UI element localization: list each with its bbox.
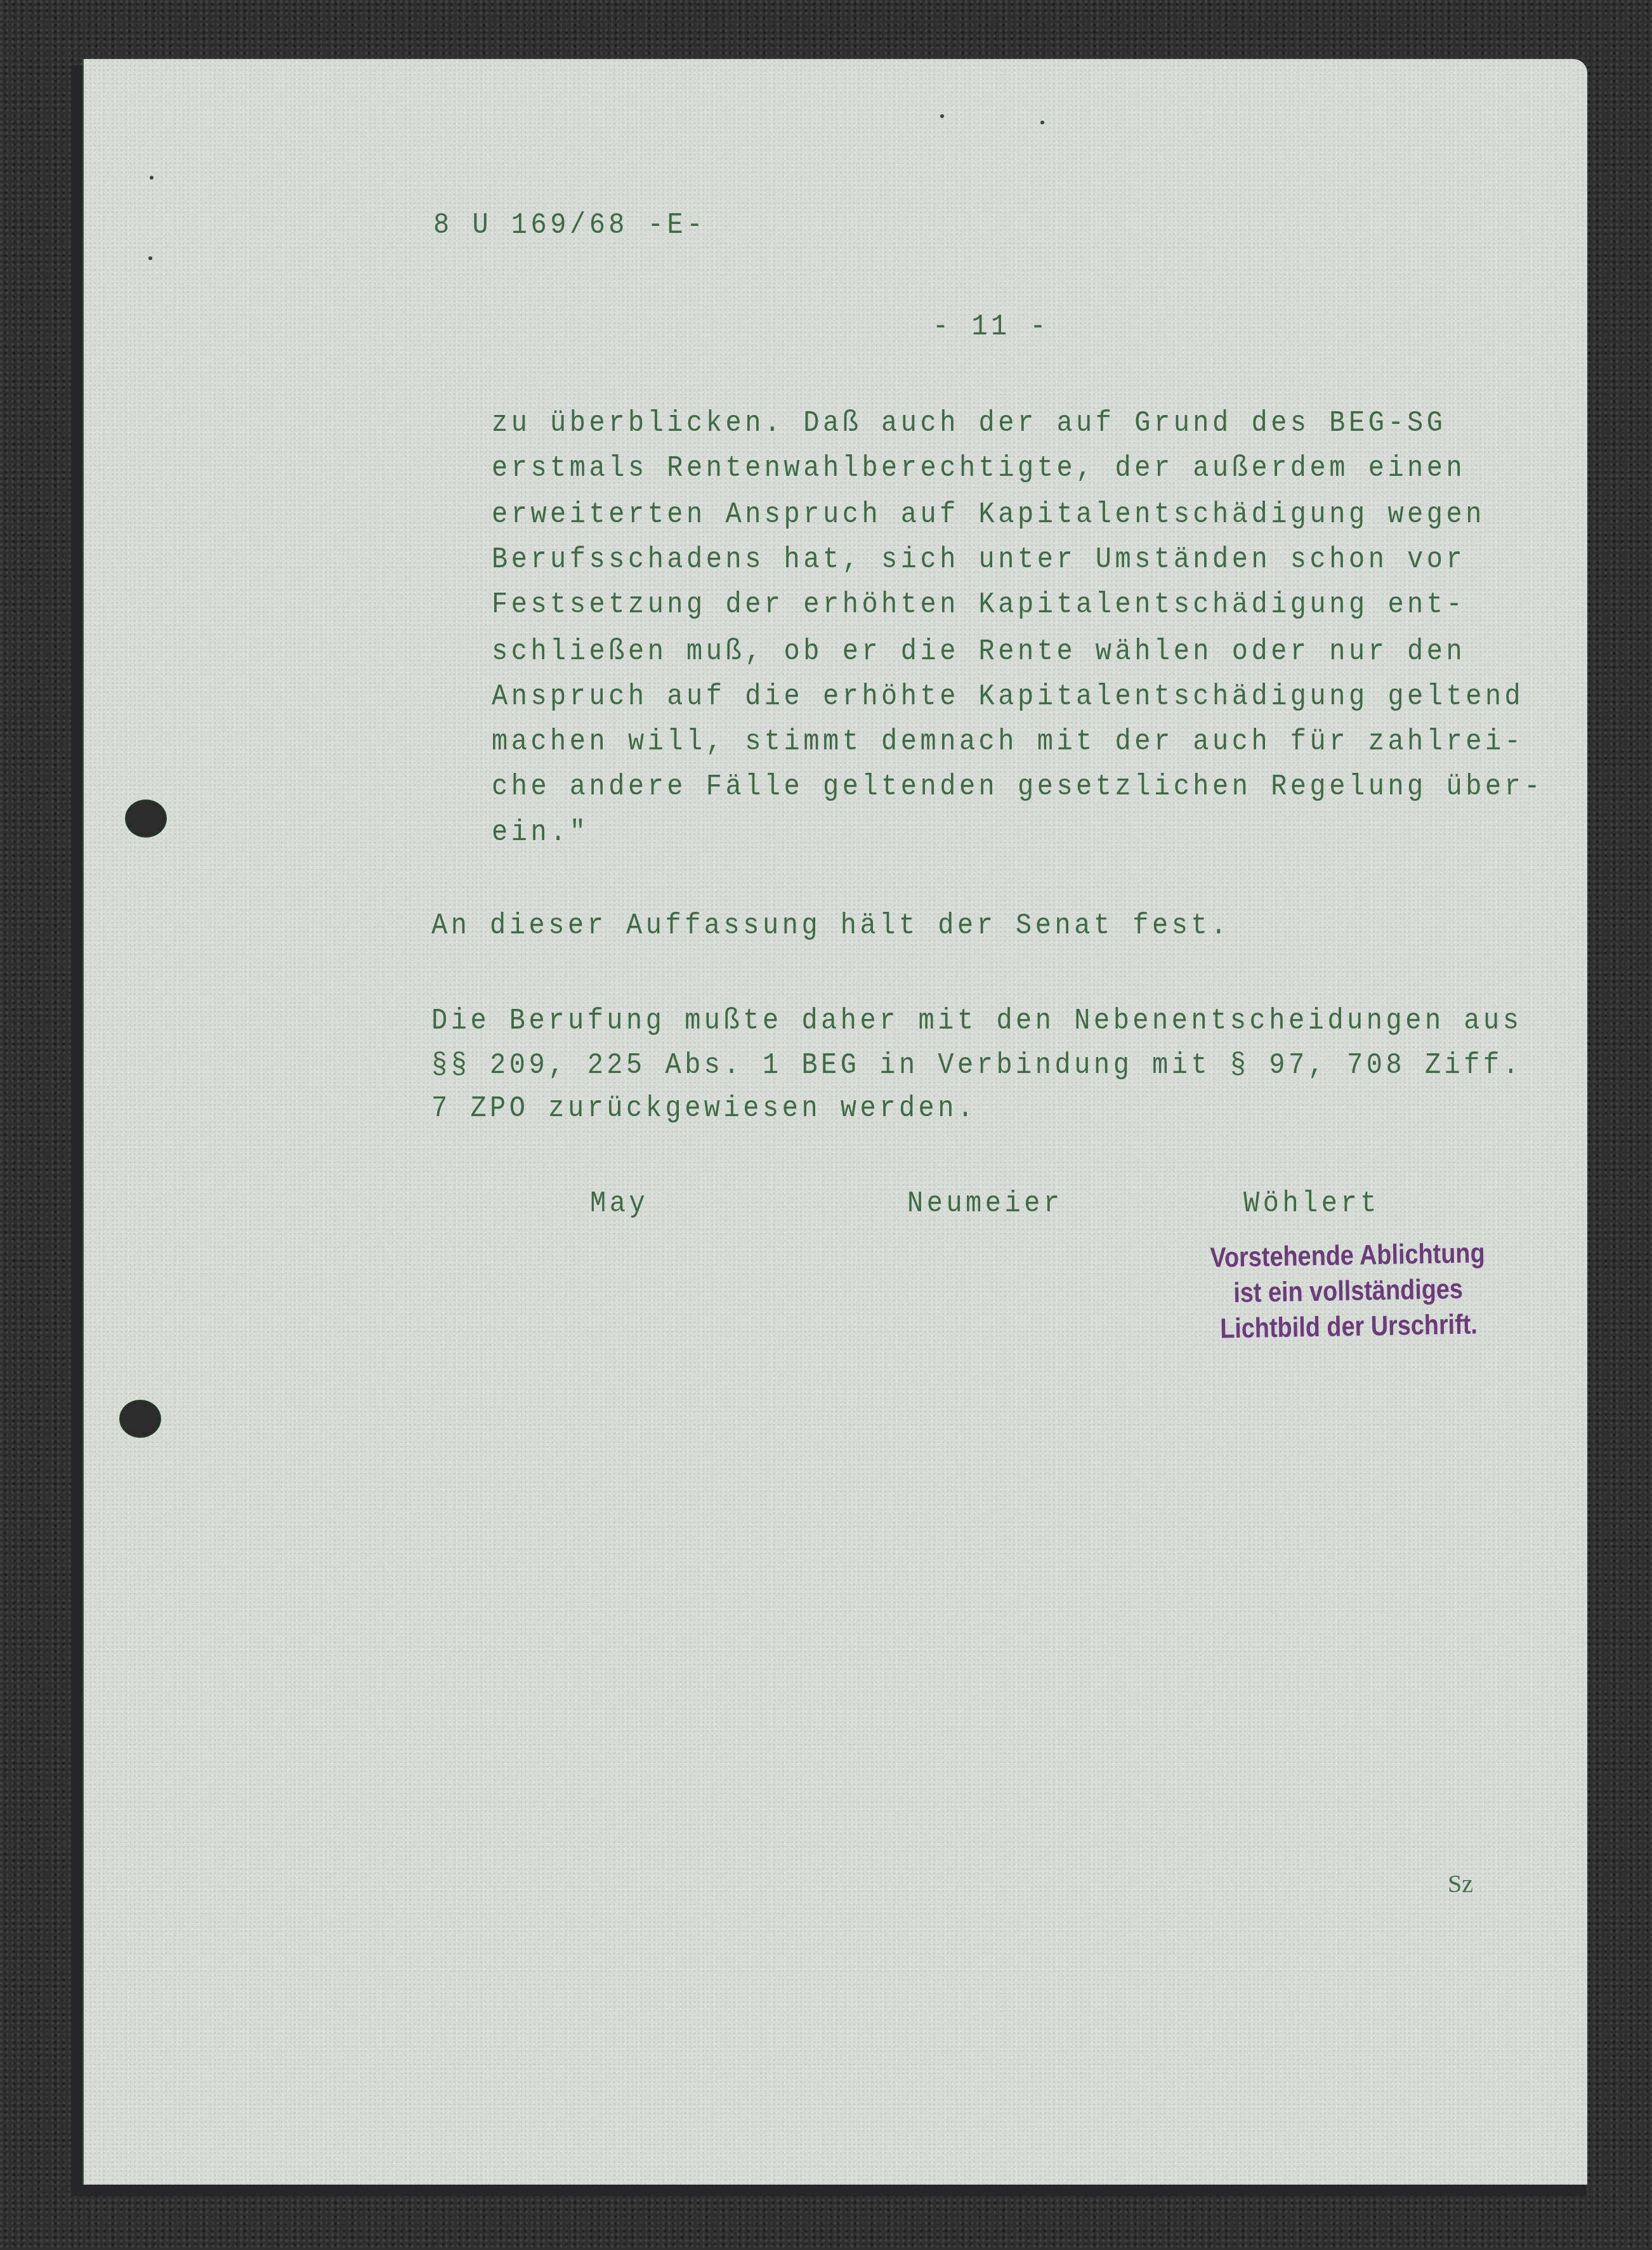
stamp-line: ist ein vollständiges bbox=[1206, 1271, 1490, 1312]
quote-line: Berufsschadens hat, sich unter Umständen… bbox=[492, 543, 1465, 577]
stamp-line: Lichtbild der Urschrift. bbox=[1207, 1306, 1491, 1347]
punch-hole-upper bbox=[126, 801, 166, 836]
speck bbox=[940, 114, 944, 118]
quote-line: erstmals Rentenwahlberechtigte, der auße… bbox=[492, 451, 1465, 485]
punch-hole-lower bbox=[121, 1401, 160, 1437]
signature-neumeier: Neumeier bbox=[907, 1187, 1063, 1221]
signature-wohlert: Wöhlert bbox=[1243, 1187, 1380, 1221]
ruling-line: Die Berufung mußte daher mit den Nebenen… bbox=[431, 1004, 1522, 1038]
quote-line: che andere Fälle geltenden gesetzlichen … bbox=[492, 770, 1544, 804]
senate-statement: An dieser Auffassung hält der Senat fest… bbox=[431, 909, 1230, 943]
ruling-line: 7 ZPO zurückgewiesen werden. bbox=[431, 1091, 977, 1126]
quote-line: Anspruch auf die erhöhte Kapitalentschäd… bbox=[492, 680, 1524, 714]
file-reference: 8 U 169/68 -E- bbox=[433, 208, 706, 242]
quote-line: ein." bbox=[492, 815, 589, 850]
quote-line: Festsetzung der erhöhten Kapitalentschäd… bbox=[492, 588, 1465, 622]
quote-line: machen will, stimmt demnach mit der auch… bbox=[492, 725, 1524, 759]
quote-line: schließen muß, ob er die Rente wählen od… bbox=[492, 635, 1465, 669]
page-number: - 11 - bbox=[933, 310, 1049, 344]
quote-line: erweiterten Anspruch auf Kapitalentschäd… bbox=[492, 497, 1485, 532]
typist-initials: Sz bbox=[1448, 1869, 1473, 1898]
speck bbox=[148, 256, 152, 260]
speck bbox=[150, 176, 154, 180]
certification-stamp: Vorstehende Ablichtung ist ein vollständ… bbox=[1205, 1235, 1491, 1347]
stamp-line: Vorstehende Ablichtung bbox=[1205, 1235, 1490, 1276]
ruling-line: §§ 209, 225 Abs. 1 BEG in Verbindung mit… bbox=[431, 1048, 1522, 1082]
quote-line: zu überblicken. Daß auch der auf Grund d… bbox=[492, 406, 1446, 440]
speck bbox=[1040, 121, 1044, 124]
signature-may: May bbox=[590, 1187, 648, 1221]
